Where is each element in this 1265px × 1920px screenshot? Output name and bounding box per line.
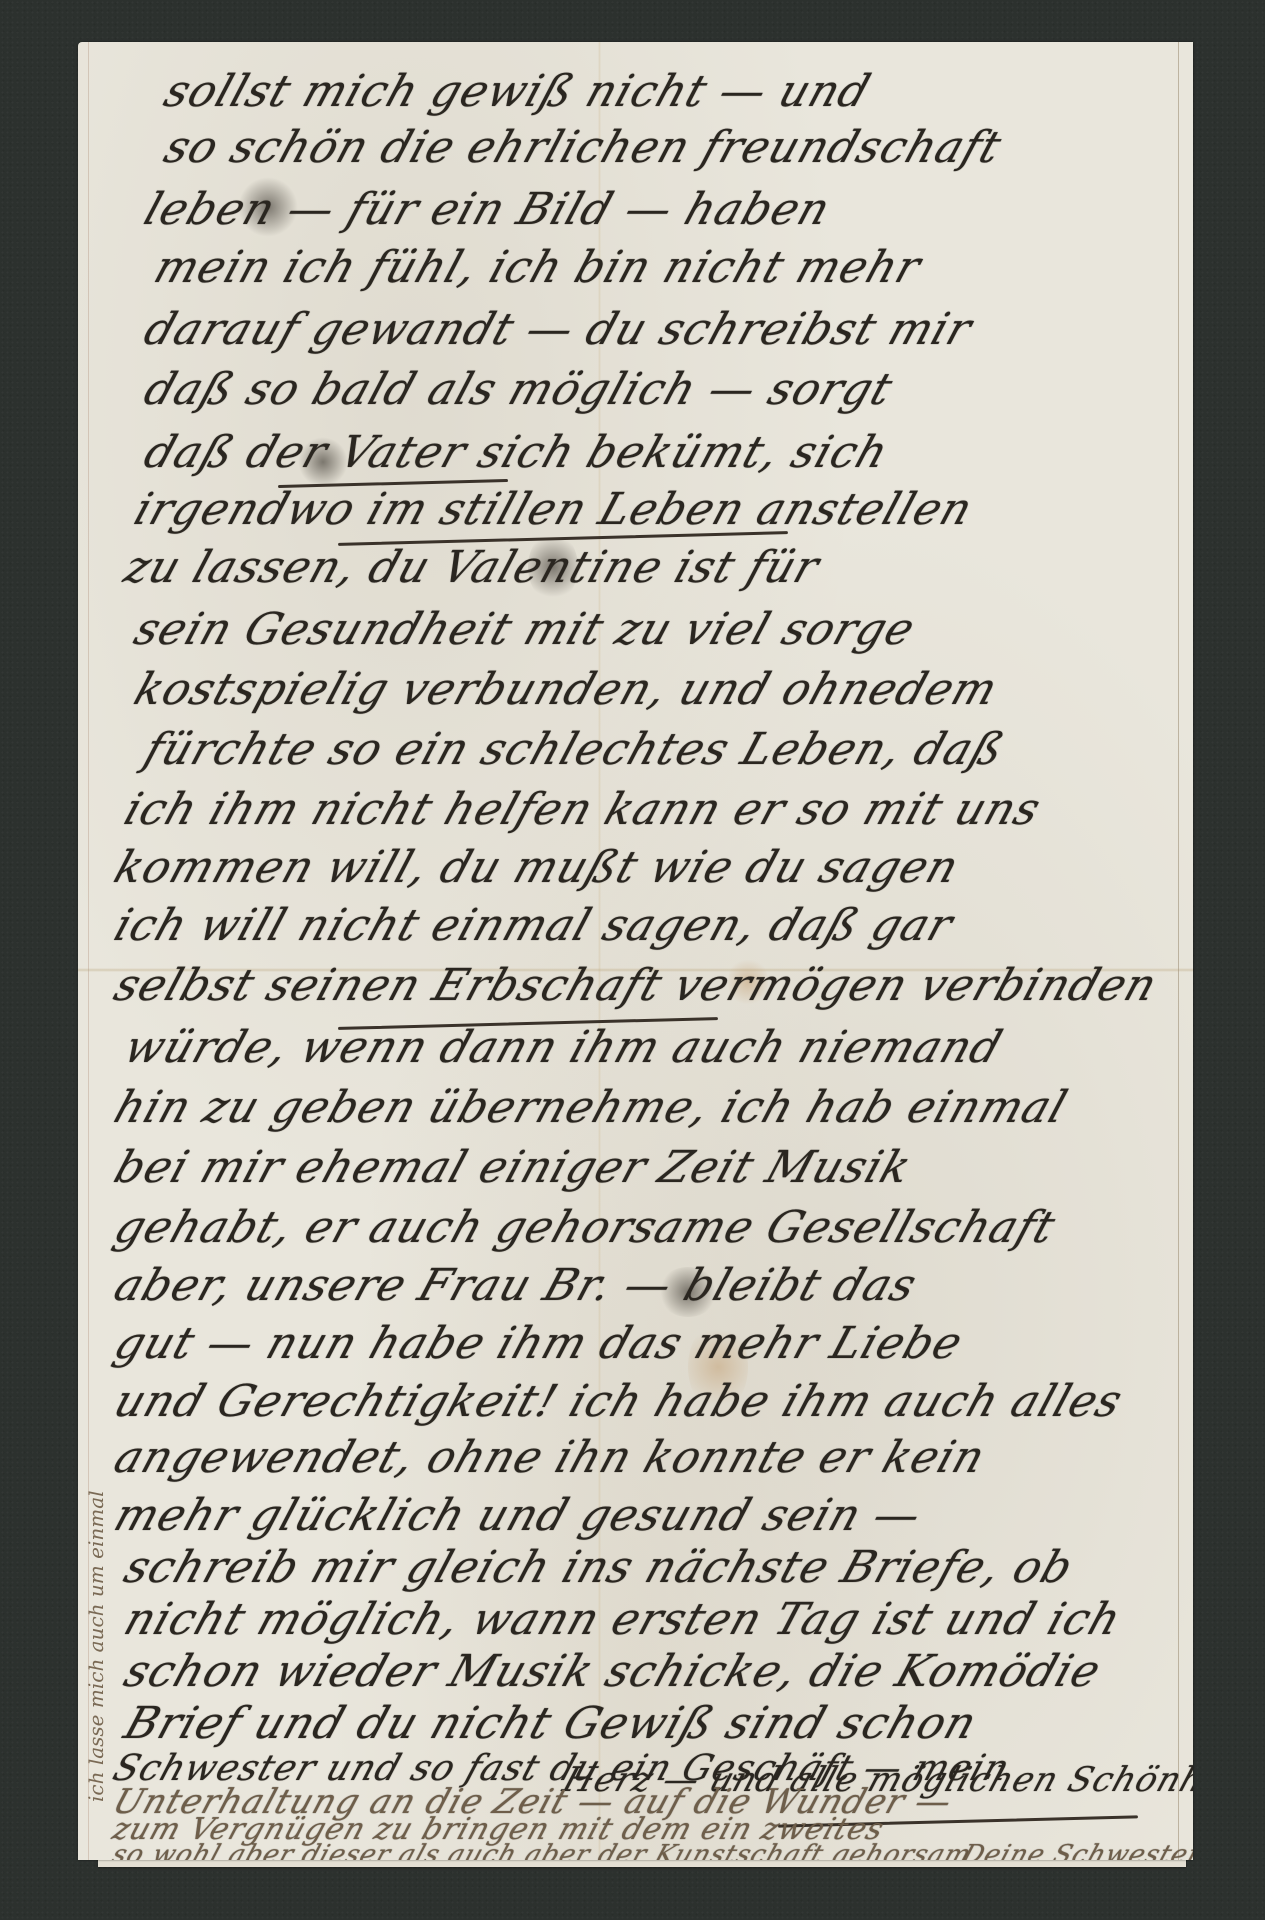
text-line: sein Gesundheit mit zu viel sorge xyxy=(128,604,922,655)
text-line: schon wieder Musik schicke, die Komödie xyxy=(118,1646,1108,1697)
text-line: so schön die ehrlichen freundschaft xyxy=(158,122,1008,173)
page-edge-right xyxy=(1178,42,1179,1860)
text-line: zu lassen, du Valentine ist für xyxy=(118,542,826,593)
signature: Deine Schwester xyxy=(958,1840,1193,1860)
text-line: kommen will, du mußt wie du sagen xyxy=(108,842,966,893)
margin-note-vertical: ich lasse mich auch um einmal xyxy=(84,1490,108,1802)
text-line: nicht möglich, wann ersten Tag ist und i… xyxy=(118,1594,1128,1645)
text-line: sollst mich gewiß nicht — und xyxy=(158,66,877,117)
text-line: ich ihm nicht helfen kann er so mit uns xyxy=(118,784,1047,835)
text-line: und Gerechtigkeit! ich habe ihm auch all… xyxy=(108,1376,1129,1427)
text-line: darauf gewandt — du schreibst mir xyxy=(138,304,979,355)
text-line: angewendet, ohne ihn konnte er kein xyxy=(108,1432,992,1483)
text-line: mehr glücklich und gesund sein — xyxy=(108,1490,928,1541)
text-line: bei mir ehemal einiger Zeit Musik xyxy=(108,1142,918,1193)
text-line: gut — nun habe ihm das mehr Liebe xyxy=(108,1318,969,1369)
text-line: gehabt, er auch gehorsame Gesellschaft xyxy=(108,1202,1062,1253)
text-line: würde, wenn dann ihm auch niemand xyxy=(118,1022,1009,1073)
text-line: schreib mir gleich ins nächste Briefe, o… xyxy=(118,1542,1080,1593)
text-line: aber, unsere Frau Br. — bleibt das xyxy=(108,1260,923,1311)
text-line: kostspielig verbunden, und ohnedem xyxy=(128,664,1004,715)
text-line: mein ich fühl, ich bin nicht mehr xyxy=(148,242,928,293)
text-line: ich will nicht einmal sagen, daß gar xyxy=(108,900,960,951)
text-line: Brief und du nicht Gewiß sind schon xyxy=(118,1698,984,1749)
text-line: so wohl aber dieser als auch aber der Ku… xyxy=(108,1840,975,1860)
text-line: selbst seinen Erbschaft vermögen verbind… xyxy=(108,960,1164,1011)
text-line: leben — für ein Bild — haben xyxy=(138,184,837,235)
text-line: daß so bald als möglich — sorgt xyxy=(138,364,899,415)
text-line: hin zu geben übernehme, ich hab einmal xyxy=(108,1082,1074,1133)
text-line: daß der Vater sich bekümt, sich xyxy=(138,427,895,478)
text-line: irgendwo im stillen Leben anstellen xyxy=(128,484,979,535)
text-line: fürchte so ein schlechtes Leben, daß xyxy=(138,724,1011,775)
letter-page: sollst mich gewiß nicht — und so schön d… xyxy=(78,42,1193,1860)
